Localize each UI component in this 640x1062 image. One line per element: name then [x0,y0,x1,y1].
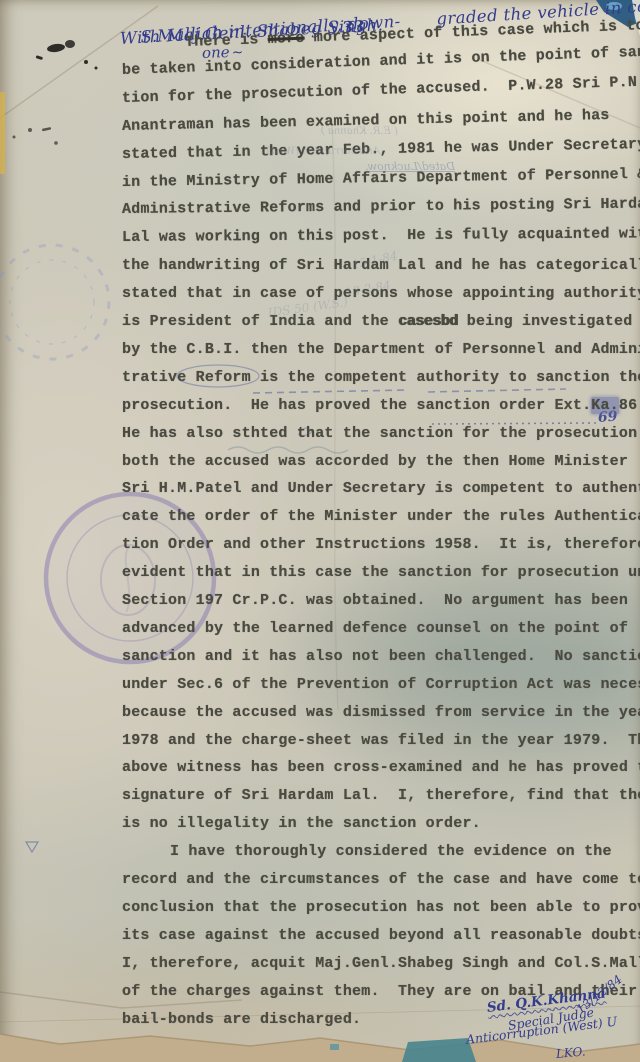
typed-segment: prosecution. He has proved the sanction … [122,397,591,414]
typed-segment: under Sec.6 of the Prevention of Corrupt… [122,676,640,693]
typed-segment: stated that in the year Feb., 1981 he wa… [122,136,640,163]
typed-line: prosecution. He has proved the sanction … [122,396,640,415]
typed-segment: bail-bonds are discharged. [122,1011,361,1028]
typed-segment: conclusion that the prosecution has not … [122,899,640,916]
typed-line: Administrative Reforms and prior to his … [122,195,640,220]
torn-bottom-edge [0,1034,640,1062]
typed-segment: evident that in this case the sanction f… [122,564,640,581]
typed-segment: I, therefore, acquit Maj.Genl.Shabeg Sin… [122,955,640,972]
typed-segment-overstruck: casesbd [398,313,458,330]
typed-segment: There is [185,31,268,51]
typed-line: record and the circumstances of the case… [122,870,640,889]
typed-segment: tion Order and other Instructions 1958. … [122,536,640,553]
typed-line: He has also sthted that the sanction for… [122,424,640,443]
typed-line: by the C.B.I. then the Department of Per… [122,340,640,359]
typed-segment: is President of India and the [122,313,398,330]
signature-place: LKO. [555,1044,586,1061]
typed-segment: Section 197 Cr.P.C. was obtained. No arg… [122,592,628,609]
typed-line: cate the order of the Minister under the… [122,507,640,526]
typed-segment: its case against the accused beyond all … [122,927,640,944]
margin-triangle-mark [26,842,38,852]
typed-line: Lal was working on this post. He is full… [122,225,640,248]
typed-segment: signature of Sri Hardam Lal. I, therefor… [122,787,640,804]
partial-seal-stamp [0,245,109,359]
bleedthrough-dated-lucknow: Dated/Lucknow. [365,160,455,173]
typed-line: sanction and it has also not been challe… [122,647,640,666]
bleedthrough-anticorruption: Anti-corruption (West) [267,146,380,157]
typed-line: trative Reform is the competent authorit… [122,368,640,387]
typed-segment: record and the circumstances of the case… [122,871,640,888]
typed-segment-penblot: Ka. [591,397,619,414]
typed-line: Sri H.M.Patel and Under Secretary is com… [122,479,640,498]
typed-segment: cate the order of the Minister under the… [122,508,640,525]
typed-line: tion Order and other Instructions 1958. … [122,535,640,554]
typed-segment: Lal was working on this post. He is full… [122,226,640,247]
typed-line: under Sec.6 of the Prevention of Corrupt… [122,675,640,694]
typed-line: advanced by the learned defence counsel … [122,619,628,638]
typed-segment: advanced by the learned defence counsel … [122,620,628,637]
typed-segment: 1978 and the charge-sheet was filed in t… [122,732,640,749]
typed-line: 1978 and the charge-sheet was filed in t… [122,731,640,750]
typed-segment: trative Reform is the competent authorit… [122,369,640,386]
typed-line: is President of India and the casesbd be… [122,312,632,331]
typed-line: tion for the prosecution of the accused.… [122,72,640,107]
left-edge-backing [0,92,5,174]
typed-segment: by the C.B.I. then the Department of Per… [122,341,640,358]
typed-segment: sanction and it has also not been challe… [122,648,640,665]
typed-segment: above witness has been cross-examined an… [122,759,640,776]
typed-segment: both the accused was accorded by the the… [122,453,628,470]
typed-segment: being investigated [458,313,633,330]
typed-line: Section 197 Cr.P.C. was obtained. No arg… [122,591,628,610]
typed-line: because the accused was dismissed from s… [122,703,640,722]
typed-line: I have thoroughly considered the evidenc… [170,842,612,861]
typed-line: is no illegality in the sanction order. [122,814,481,833]
typed-line: both the accused was accorded by the the… [122,452,628,471]
typed-segment: tion for the prosecution of the accused.… [122,73,640,106]
typed-segment: 86. [619,397,640,414]
typed-segment: Sri H.M.Patel and Under Secretary is com… [122,480,640,497]
typed-segment: is no illegality in the sanction order. [122,815,481,832]
typed-segment: He has also sthted that the sanction for… [122,425,640,442]
typed-line: signature of Sri Hardam Lal. I, therefor… [122,786,640,805]
ink-blot-cluster [13,40,98,145]
typed-line: I, therefore, acquit Maj.Genl.Shabeg Sin… [122,954,640,973]
typed-line: bail-bonds are discharged. [122,1010,361,1029]
typed-line: conclusion that the prosecution has not … [122,898,640,917]
typed-segment: because the accused was dismissed from s… [122,704,640,721]
typed-segment: Administrative Reforms and prior to his … [122,196,640,219]
teal-backing-patch [402,1038,476,1062]
typed-line: its case against the accused beyond all … [122,926,640,945]
typed-segment-struck: more [267,30,304,48]
typed-line: evident that in this case the sanction f… [122,563,640,582]
scanned-judgment-page: S.Malliah intentionally, down-graded the… [0,0,640,1062]
typed-line: above witness has been cross-examined an… [122,758,640,777]
typed-segment: I have thoroughly considered the evidenc… [170,843,612,860]
bleedthrough-name: ( E.R. Khanna ) [321,126,398,137]
